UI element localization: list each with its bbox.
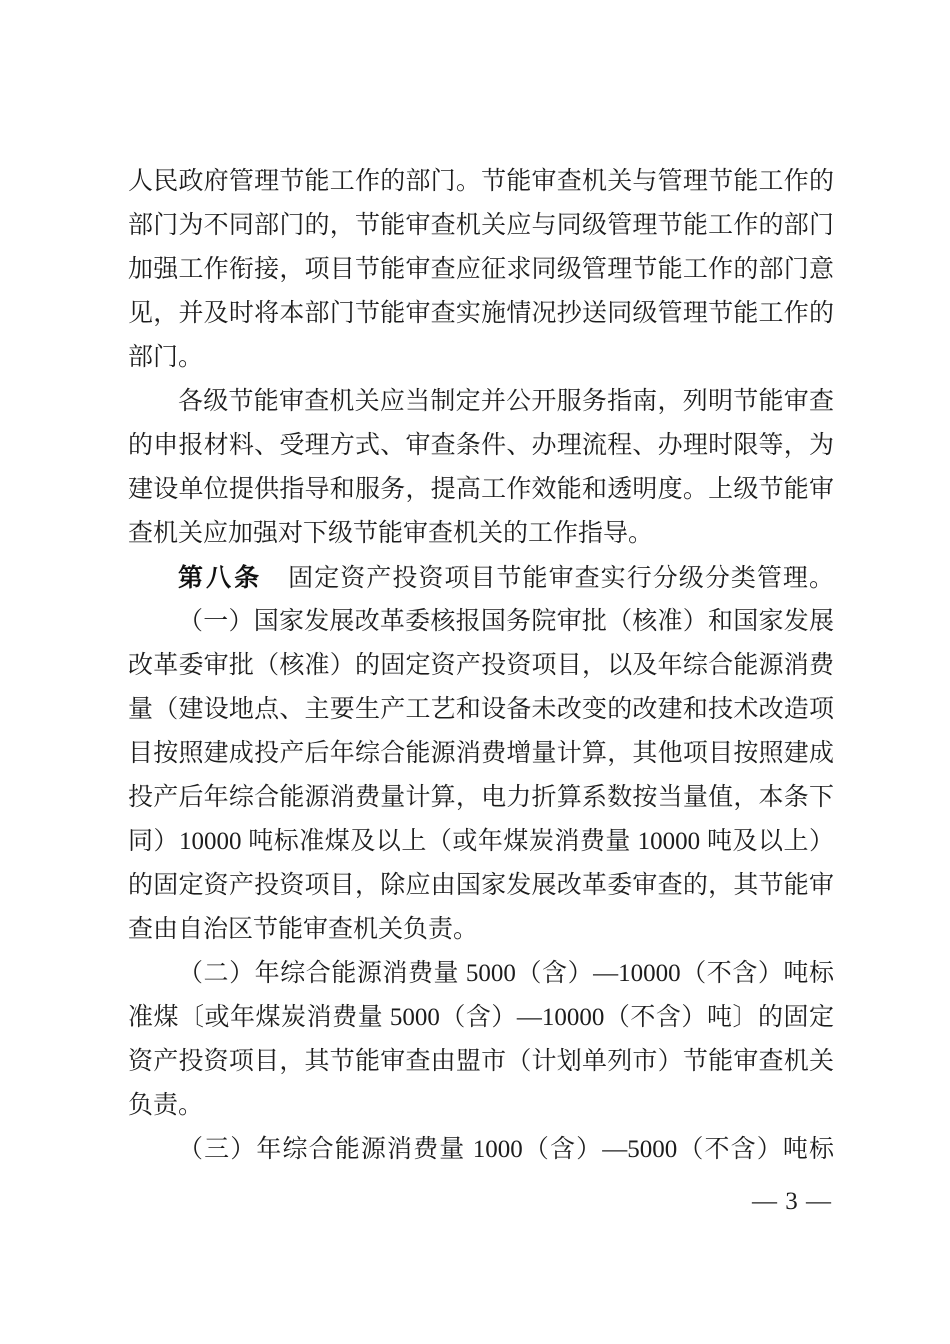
text-line: 负责。 [128, 1084, 834, 1128]
text-line: 查由自治区节能审查机关负责。 [128, 908, 834, 952]
text-segment: 各级节能审查机关应当制定并公开服务指南，列明节能审查 [178, 388, 834, 415]
text-line: （二）年综合能源消费量 5000（含）—10000（不含）吨标 [128, 952, 834, 996]
text-line: 第八条 固定资产投资项目节能审查实行分级分类管理。 [128, 556, 834, 600]
text-line: 目按照建成投产后年综合能源消费增量计算，其他项目按照建成 [128, 732, 834, 776]
text-segment: 加强工作衔接，项目节能审查应征求同级管理节能工作的部门意 [128, 256, 834, 283]
text-line: 建设单位提供指导和服务，提高工作效能和透明度。上级节能审 [128, 468, 834, 512]
paragraph: 第八条 固定资产投资项目节能审查实行分级分类管理。 [128, 556, 834, 600]
text-line: 的申报材料、受理方式、审查条件、办理流程、办理时限等，为 [128, 424, 834, 468]
text-segment: 准煤〔或年煤炭消费量 5000（含）—10000（不含）吨〕的固定 [128, 1004, 834, 1031]
text-segment: 建设单位提供指导和服务，提高工作效能和透明度。上级节能审 [128, 476, 834, 503]
document-page: 人民政府管理节能工作的部门。节能审查机关与管理节能工作的部门为不同部门的，节能审… [0, 0, 950, 1344]
text-line: 查机关应加强对下级节能审查机关的工作指导。 [128, 512, 834, 556]
text-line: 准煤〔或年煤炭消费量 5000（含）—10000（不含）吨〕的固定 [128, 996, 834, 1040]
text-segment: 部门为不同部门的，节能审查机关应与同级管理节能工作的部门 [128, 212, 834, 239]
text-segment: 的申报材料、受理方式、审查条件、办理流程、办理时限等，为 [128, 432, 834, 459]
text-line: 量（建设地点、主要生产工艺和设备未改变的改建和技术改造项 [128, 688, 834, 732]
text-segment: 目按照建成投产后年综合能源消费增量计算，其他项目按照建成 [128, 740, 834, 767]
text-line: 的固定资产投资项目，除应由国家发展改革委审查的，其节能审 [128, 864, 834, 908]
text-segment: 部门。 [128, 344, 203, 371]
text-segment: 投产后年综合能源消费量计算，电力折算系数按当量值，本条下 [128, 784, 834, 811]
article-number-heading: 第八条 [178, 564, 262, 592]
paragraph: （三）年综合能源消费量 1000（含）—5000（不含）吨标 [128, 1128, 834, 1172]
text-line: 资产投资项目，其节能审查由盟市（计划单列市）节能审查机关 [128, 1040, 834, 1084]
page-number: — 3 — [752, 1186, 832, 1218]
text-line: 各级节能审查机关应当制定并公开服务指南，列明节能审查 [128, 380, 834, 424]
text-segment: （一）国家发展改革委核报国务院审批（核准）和国家发展 [178, 608, 834, 635]
text-line: 人民政府管理节能工作的部门。节能审查机关与管理节能工作的 [128, 160, 834, 204]
text-segment: 查机关应加强对下级节能审查机关的工作指导。 [128, 520, 653, 547]
paragraph: 各级节能审查机关应当制定并公开服务指南，列明节能审查的申报材料、受理方式、审查条… [128, 380, 834, 556]
text-line: （三）年综合能源消费量 1000（含）—5000（不含）吨标 [128, 1128, 834, 1172]
text-line: （一）国家发展改革委核报国务院审批（核准）和国家发展 [128, 600, 834, 644]
text-segment: 查由自治区节能审查机关负责。 [128, 916, 478, 943]
text-segment: 改革委审批（核准）的固定资产投资项目，以及年综合能源消费 [128, 652, 834, 679]
paragraph: （一）国家发展改革委核报国务院审批（核准）和国家发展改革委审批（核准）的固定资产… [128, 600, 834, 952]
text-segment: 同）10000 吨标准煤及以上（或年煤炭消费量 10000 吨及以上） [128, 828, 834, 855]
paragraph: 人民政府管理节能工作的部门。节能审查机关与管理节能工作的部门为不同部门的，节能审… [128, 160, 834, 380]
paragraph: （二）年综合能源消费量 5000（含）—10000（不含）吨标准煤〔或年煤炭消费… [128, 952, 834, 1128]
text-segment: 的固定资产投资项目，除应由国家发展改革委审查的，其节能审 [128, 872, 834, 899]
text-line: 见，并及时将本部门节能审查实施情况抄送同级管理节能工作的 [128, 292, 834, 336]
text-line: 同）10000 吨标准煤及以上（或年煤炭消费量 10000 吨及以上） [128, 820, 834, 864]
text-segment: 量（建设地点、主要生产工艺和设备未改变的改建和技术改造项 [128, 696, 834, 723]
document-body: 人民政府管理节能工作的部门。节能审查机关与管理节能工作的部门为不同部门的，节能审… [128, 160, 834, 1172]
text-segment: 人民政府管理节能工作的部门。节能审查机关与管理节能工作的 [128, 168, 834, 195]
text-segment: （二）年综合能源消费量 5000（含）—10000（不含）吨标 [178, 960, 834, 987]
text-line: 部门。 [128, 336, 834, 380]
text-segment: 见，并及时将本部门节能审查实施情况抄送同级管理节能工作的 [128, 300, 834, 327]
text-line: 加强工作衔接，项目节能审查应征求同级管理节能工作的部门意 [128, 248, 834, 292]
text-segment: 资产投资项目，其节能审查由盟市（计划单列市）节能审查机关 [128, 1048, 834, 1075]
text-segment: 负责。 [128, 1092, 203, 1119]
text-line: 改革委审批（核准）的固定资产投资项目，以及年综合能源消费 [128, 644, 834, 688]
text-segment: 固定资产投资项目节能审查实行分级分类管理。 [262, 565, 834, 592]
text-line: 投产后年综合能源消费量计算，电力折算系数按当量值，本条下 [128, 776, 834, 820]
text-line: 部门为不同部门的，节能审查机关应与同级管理节能工作的部门 [128, 204, 834, 248]
text-segment: （三）年综合能源消费量 1000（含）—5000（不含）吨标 [178, 1136, 834, 1163]
